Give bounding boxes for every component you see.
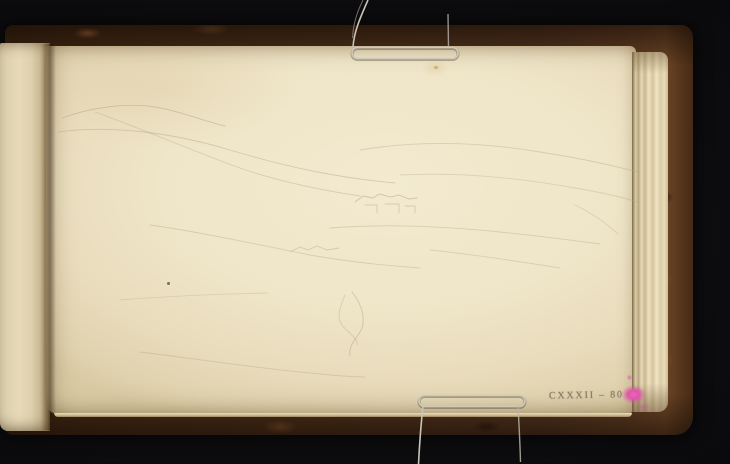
sketchbook-photo: CXXXII – 80 xyxy=(0,0,730,464)
top-page-clip xyxy=(352,0,458,60)
page-clips xyxy=(0,0,730,464)
bottom-page-clip xyxy=(419,396,526,464)
